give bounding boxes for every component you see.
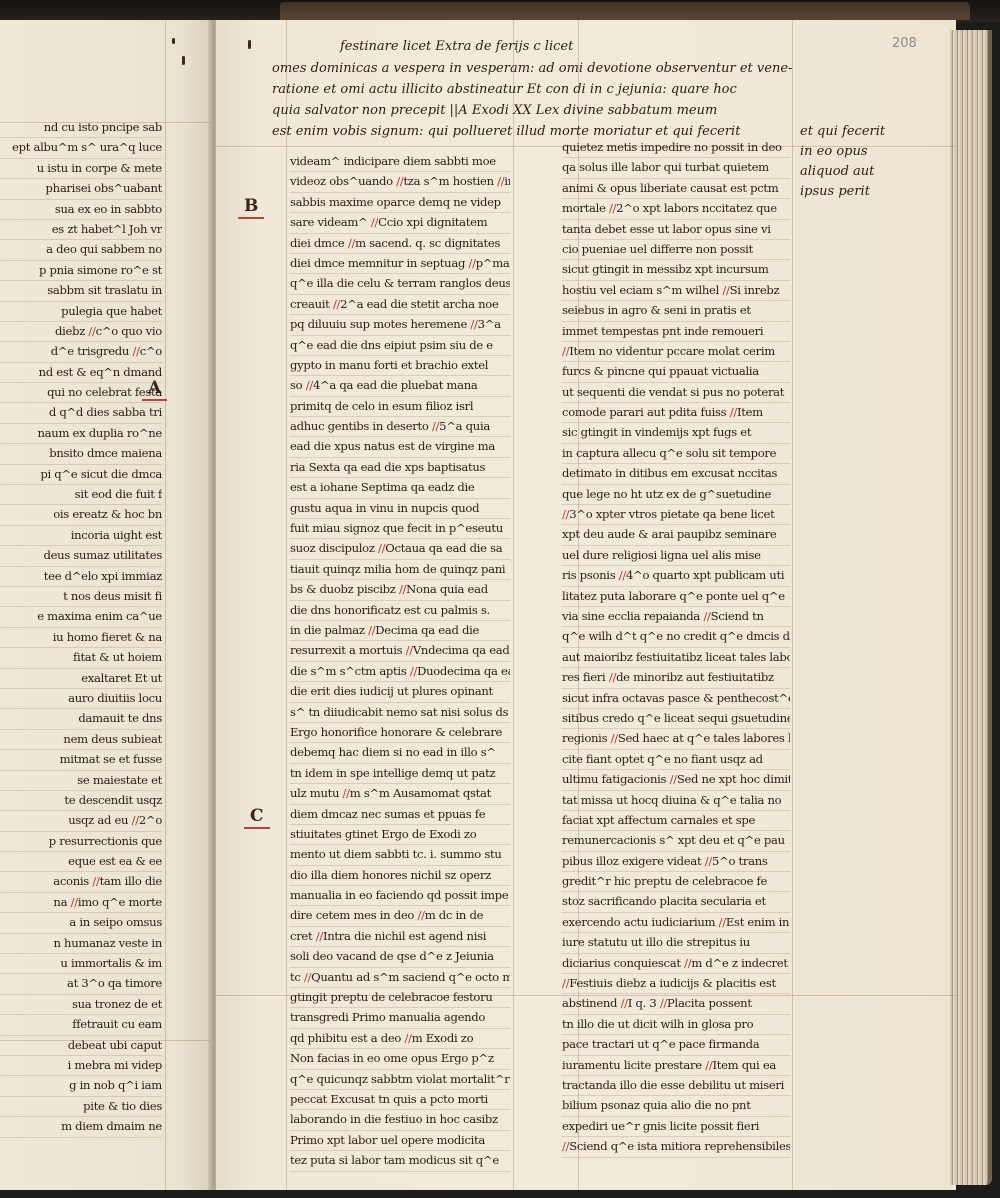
text-line: //3^o xpter vtros pietate qa bene licet: [562, 505, 790, 525]
text-line: tanta debet esse ut labor opus sine vi: [562, 220, 790, 240]
text-line: damauit te dns: [0, 709, 162, 729]
text-line: ria Sexta qa ead die xps baptisatus: [290, 458, 510, 478]
text-line: exercendo actu iudiciarium //Est enim in: [562, 913, 790, 933]
col-a-ruling-right: [513, 20, 514, 1190]
text-line: detimato in ditibus em excusat nccitas: [562, 464, 790, 484]
rubric-mark: //: [348, 236, 355, 250]
text-line: tractanda illo die esse debilitu ut mise…: [562, 1076, 790, 1096]
text-line: sare videam^ //Ccio xpi dignitatem: [290, 213, 510, 233]
rubric-mark: //: [396, 174, 403, 188]
text-line: furcs & pincne qui ppauat victualia: [562, 362, 790, 382]
text-line: faciat xpt affectum carnales et spe: [562, 811, 790, 831]
text-line: iuramentu licite prestare //Item qui ea: [562, 1056, 790, 1076]
text-line: a in seipo omsus: [0, 913, 162, 933]
ink-mark: [172, 38, 175, 44]
text-line: na //imo q^e morte: [0, 893, 162, 913]
text-line: sitibus credo q^e liceat sequi gsuetudin…: [562, 709, 790, 729]
text-line: //Festiuis diebz a iudicijs & placitis e…: [562, 974, 790, 994]
side-annotation: et qui fecerit in eo opus aliquod aut ip…: [800, 121, 950, 201]
rubric-mark: //: [722, 283, 729, 297]
text-line: n humanaz veste in: [0, 934, 162, 954]
text-line: ris psonis //4^o quarto xpt publicam uti: [562, 566, 790, 586]
text-line: ultimu fatigacionis //Sed ne xpt hoc dim…: [562, 770, 790, 790]
text-line: sabbis maxime oparce demq ne videp: [290, 193, 510, 213]
text-line: q^e illa die celu & terram ranglos deus: [290, 274, 510, 294]
rubric-mark: //: [703, 609, 710, 623]
text-line: aut maioribz festiuitatibz liceat tales …: [562, 648, 790, 668]
text-line: m diem dmaim ne: [0, 1117, 162, 1137]
text-line: incoria uight est: [0, 526, 162, 546]
book-binding-top: [0, 0, 1000, 22]
rubric-mark: //: [497, 174, 504, 188]
text-line: debemq hac diem si no ead in illo s^: [290, 743, 510, 763]
text-line: videoz obs^uando //tza s^m hostien //in: [290, 172, 510, 192]
text-line: in captura allecu q^e solu sit tempore: [562, 444, 790, 464]
text-line: res fieri //de minoribz aut festiuitatib…: [562, 668, 790, 688]
rubric-mark: //: [378, 541, 385, 555]
annotation-line: aliquod aut: [800, 161, 950, 181]
text-line: tez puta si labor tam modicus sit q^e: [290, 1151, 510, 1171]
text-line: ois ereatz & hoc bn: [0, 505, 162, 525]
text-column-b: quietez metis impedire no possit in deoq…: [562, 138, 790, 1158]
text-line: //Sciend q^e ista mitiora reprehensibile…: [562, 1137, 790, 1157]
text-line: animi & opus liberiate causat est pctm: [562, 179, 790, 199]
text-line: ulz mutu //m s^m Ausamomat qstat: [290, 784, 510, 804]
rubric-mark: //: [660, 996, 667, 1010]
rubric-mark: //: [562, 507, 569, 521]
text-line: cio pueniae uel differre non possit: [562, 240, 790, 260]
text-line: stoz sacrificando placita secularia et: [562, 892, 790, 912]
margin-letter-b: B: [244, 196, 258, 216]
rubric-mark: //: [399, 582, 406, 596]
text-line: //Item no videntur pccare molat cerim: [562, 342, 790, 362]
text-line: debeat ubi caput: [0, 1036, 162, 1056]
text-line: dio illa diem honores nichil sz operz: [290, 866, 510, 886]
text-line: i mebra mi videp: [0, 1056, 162, 1076]
col-b-ruling-right: [792, 20, 793, 1190]
text-line: d q^d dies sabba tri: [0, 403, 162, 423]
text-line: tat missa ut hocq diuina & q^e talia no: [562, 791, 790, 811]
text-line: litatez puta laborare q^e ponte uel q^e: [562, 587, 790, 607]
text-line: tiauit quinqz milia hom de quinqz pani: [290, 560, 510, 580]
text-line: cite fiant optet q^e no fiant usqz ad: [562, 750, 790, 770]
rubric-mark: //: [368, 623, 375, 637]
text-column-a: videam^ indicipare diem sabbti moevideoz…: [290, 152, 510, 1172]
rubric-mark: //: [306, 378, 313, 392]
text-line: videam^ indicipare diem sabbti moe: [290, 152, 510, 172]
rubric-mark: //: [470, 317, 477, 331]
text-line: dire cetem mes in deo //m dc in de: [290, 906, 510, 926]
text-line: Primo xpt labor uel opere modicita: [290, 1131, 510, 1151]
rubric-mark: //: [609, 201, 616, 215]
text-line: deus sumaz utilitates: [0, 546, 162, 566]
text-line: q^e quicunqz sabbtm violat mortalit^r: [290, 1070, 510, 1090]
text-line: qd phibitu est a deo //m Exodi zo: [290, 1029, 510, 1049]
text-line: remunercacionis s^ xpt deu et q^e pau: [562, 831, 790, 851]
text-line: Ergo honorifice honorare & celebrare: [290, 723, 510, 743]
text-line: bs & duobz piscibz //Nona quia ead: [290, 580, 510, 600]
text-line: tc //Quantu ad s^m saciend q^e octo mod: [290, 968, 510, 988]
text-line: diciarius conquiescat //m d^e z indecret: [562, 954, 790, 974]
rubric-mark: //: [432, 419, 439, 433]
left-ruling: [165, 20, 166, 1190]
text-line: pharisei obs^uabant: [0, 179, 162, 199]
text-line: seiebus in agro & seni in pratis et: [562, 301, 790, 321]
text-line: bnsito dmce maiena: [0, 444, 162, 464]
text-line: gtingit preptu de celebracoe festoru: [290, 988, 510, 1008]
rubric-mark: //: [611, 731, 618, 745]
text-line: manualia in eo faciendo qd possit impe: [290, 886, 510, 906]
text-line: u immortalis & im: [0, 954, 162, 974]
text-line: sicut infra octavas pasce & penthecost^e: [562, 689, 790, 709]
rubric-mark: //: [404, 1031, 411, 1045]
text-line: comode parari aut pdita fuiss //Item: [562, 403, 790, 423]
annotation-line: ipsus perit: [800, 181, 950, 201]
margin-letter-c: C: [250, 806, 264, 826]
col-a-ruling-left: [286, 20, 287, 1190]
text-line: abstinend //I q. 3 //Placita possent: [562, 994, 790, 1014]
text-line: primitq de celo in esum filioz isrl: [290, 397, 510, 417]
text-line: nd est & eq^n dmand: [0, 363, 162, 383]
annotation-line: in eo opus: [800, 141, 950, 161]
text-line: diebz //c^o quo vio: [0, 322, 162, 342]
rubric-mark: //: [621, 996, 628, 1010]
text-line: cret //Intra die nichil est agend nisi: [290, 927, 510, 947]
rubric-mark: //: [132, 813, 139, 827]
text-line: hostiu vel eciam s^m wilhel //Si inrebz: [562, 281, 790, 301]
text-line: s^ tn diiudicabit nemo sat nisi solus ds: [290, 703, 510, 723]
text-line: resurrexit a mortuis //Vndecima qa ead: [290, 641, 510, 661]
text-line: naum ex duplia ro^ne: [0, 424, 162, 444]
rubric-mark: //: [562, 344, 569, 358]
text-line: q^e wilh d^t q^e no credit q^e dmcis die…: [562, 627, 790, 647]
text-line: pi q^e sicut die dmca: [0, 465, 162, 485]
text-line: t nos deus misit fi: [0, 587, 162, 607]
rubric-mark: //: [304, 970, 311, 984]
text-line: es zt habet^l Joh vr: [0, 220, 162, 240]
rubric-mark: //: [705, 854, 712, 868]
text-line: sua ex eo in sabbto: [0, 200, 162, 220]
text-line: d^e trisgredu //c^o: [0, 342, 162, 362]
text-line: usqz ad eu //2^o: [0, 811, 162, 831]
text-line: fuit miau signoz que fecit in p^eseutu: [290, 519, 510, 539]
text-line: exaltaret Et ut: [0, 669, 162, 689]
text-line: gypto in manu forti et brachio extel: [290, 356, 510, 376]
rubric-mark: //: [468, 256, 475, 270]
text-line: Non facias in eo ome opus Ergo p^z: [290, 1049, 510, 1069]
text-line: tee d^elo xpi immiaz: [0, 567, 162, 587]
text-line: sua tronez de et: [0, 995, 162, 1015]
text-line: eque est ea & ee: [0, 852, 162, 872]
text-line: immet tempestas pnt inde remoueri: [562, 322, 790, 342]
text-line: e maxima enim ca^ue: [0, 607, 162, 627]
rubric-mark: //: [132, 344, 139, 358]
folio-number: 208: [892, 36, 917, 51]
text-line: in die palmaz //Decima qa ead die: [290, 621, 510, 641]
text-line: qa solus ille labor qui turbat quietem: [562, 158, 790, 178]
text-line: sabbm sit traslatu in: [0, 281, 162, 301]
text-line: te descendit usqz: [0, 791, 162, 811]
rubric-mark: //: [705, 1058, 712, 1072]
rubric-mark: //: [71, 895, 78, 909]
rubric-mark: //: [371, 215, 378, 229]
text-line: pace tractari ut q^e pace firmanda: [562, 1035, 790, 1055]
rubric-mark: //: [730, 405, 737, 419]
text-line: aconis //tam illo die: [0, 872, 162, 892]
rubric-mark: //: [562, 1139, 569, 1153]
text-line: pite & tio dies: [0, 1097, 162, 1117]
text-line: iu homo fieret & na: [0, 628, 162, 648]
annotation-line: et qui fecerit: [800, 121, 950, 141]
text-line: at 3^o qa timore: [0, 974, 162, 994]
text-line: diem dmcaz nec sumas et ppuas fe: [290, 805, 510, 825]
text-line: peccat Excusat tn quis a pcto morti: [290, 1090, 510, 1110]
rubric-mark: //: [670, 772, 677, 786]
text-line: stiuitates gtinet Ergo de Exodi zo: [290, 825, 510, 845]
text-line: mortale //2^o xpt labors nccitatez que: [562, 199, 790, 219]
text-line: die dns honorificatz est cu palmis s.: [290, 601, 510, 621]
text-line: bilium psonaz quia alio die no pnt: [562, 1096, 790, 1116]
text-line: g in nob q^i iam: [0, 1076, 162, 1096]
annotation-line: ratione et omi actu illicito abstineatur…: [272, 79, 952, 100]
text-line: qui no celebrat festa: [0, 383, 162, 403]
text-line: fitat & ut hoiem: [0, 648, 162, 668]
text-line: sicut gtingit in messibz xpt incursum: [562, 260, 790, 280]
text-line: tn idem in spe intellige demq ut patz: [290, 764, 510, 784]
text-line: diei dmce //m sacend. q. sc dignitates: [290, 234, 510, 254]
text-line: so //4^a qa ead die pluebat mana: [290, 376, 510, 396]
text-line: adhuc gentibs in deserto //5^a quia: [290, 417, 510, 437]
annotation-line: quia salvator non precepit ||A Exodi XX …: [272, 100, 952, 121]
text-line: tn illo die ut dicit wilh in glosa pro: [562, 1015, 790, 1035]
rubric-mark: //: [562, 976, 569, 990]
text-line: sic gtingit in vindemijs xpt fugs et: [562, 423, 790, 443]
text-line: diei dmce memnitur in septuag //p^ma: [290, 254, 510, 274]
text-line: pulegia que habet: [0, 302, 162, 322]
ink-mark: [248, 40, 251, 49]
rubric-mark: //: [609, 670, 616, 684]
annotation-line: omes dominicas a vespera in vesperam: ad…: [272, 58, 952, 79]
text-line: gustu aqua in vinu in nupcis quod: [290, 499, 510, 519]
text-line: ead die xpus natus est de virgine ma: [290, 437, 510, 457]
text-line: pibus illoz exigere videat //5^o trans: [562, 852, 790, 872]
text-line: soli deo vacand de qse d^e z Jeiunia: [290, 947, 510, 967]
rubric-mark: //: [343, 786, 350, 800]
text-line: iure statutu ut illo die strepitus iu: [562, 933, 790, 953]
text-line: pq diluuiu sup motes heremene //3^a: [290, 315, 510, 335]
text-line: laborando in die festiuo in hoc casibz: [290, 1110, 510, 1130]
text-line: uel dure religiosi ligna uel alis mise: [562, 546, 790, 566]
text-line: u istu in corpe & mete: [0, 159, 162, 179]
rubric-mark: //: [92, 874, 99, 888]
text-line: p resurrectionis que: [0, 832, 162, 852]
header-note: festinare licet Extra de ferijs c licet: [340, 36, 573, 57]
rubric-mark: //: [410, 664, 417, 678]
text-line: nem deus subieat: [0, 730, 162, 750]
text-line: a deo qui sabbem no: [0, 240, 162, 260]
rubric-mark: //: [333, 297, 340, 311]
left-page-text: nd cu isto pncipe sabept albu^m s^ ura^q…: [0, 118, 162, 1138]
text-line: se maiestate et: [0, 771, 162, 791]
text-line: gredit^r hic preptu de celebracoe fe: [562, 872, 790, 892]
rubric-mark: //: [719, 915, 726, 929]
text-line: ept albu^m s^ ura^q luce: [0, 138, 162, 158]
text-line: nd cu isto pncipe sab: [0, 118, 162, 138]
text-line: est a iohane Septima qa eadz die: [290, 478, 510, 498]
rubric-mark: //: [88, 324, 95, 338]
text-line: regionis //Sed haec at q^e tales labores…: [562, 729, 790, 749]
text-line: mento ut diem sabbti tc. i. summo stu: [290, 845, 510, 865]
text-line: die erit dies iudicij ut plures opinant: [290, 682, 510, 702]
cover-edge: [280, 2, 970, 20]
text-line: que lege no ht utz ex de g^suetudine: [562, 485, 790, 505]
text-line: quietez metis impedire no possit in deo: [562, 138, 790, 158]
text-line: q^e ead die dns eipiut psim siu de e: [290, 336, 510, 356]
rubric-mark: //: [406, 643, 413, 657]
rubric-mark: //: [684, 956, 691, 970]
text-line: ffetrauit cu eam: [0, 1015, 162, 1035]
text-line: mitmat se et fusse: [0, 750, 162, 770]
text-line: p pnia simone ro^e st: [0, 261, 162, 281]
text-line: die s^m s^ctm aptis //Duodecima qa ead: [290, 662, 510, 682]
text-line: suoz discipuloz //Octaua qa ead die sa: [290, 539, 510, 559]
text-line: transgredi Primo manualia agendo: [290, 1008, 510, 1028]
text-line: expediri ue^r gnis licite possit fieri: [562, 1117, 790, 1137]
text-line: auro diuitiis locu: [0, 689, 162, 709]
text-line: xpt deu aude & arai paupibz seminare: [562, 525, 790, 545]
rubric-mark: //: [619, 568, 626, 582]
rubric-mark: //: [417, 908, 424, 922]
text-line: sit eod die fuit f: [0, 485, 162, 505]
text-line: ut sequenti die vendat si pus no poterat: [562, 383, 790, 403]
page-fore-edge: [950, 30, 992, 1185]
rubric-mark: //: [316, 929, 323, 943]
ink-mark: [182, 56, 185, 65]
text-line: creauit //2^a ead die stetit archa noe: [290, 295, 510, 315]
text-line: via sine ecclia repaianda //Sciend tn: [562, 607, 790, 627]
